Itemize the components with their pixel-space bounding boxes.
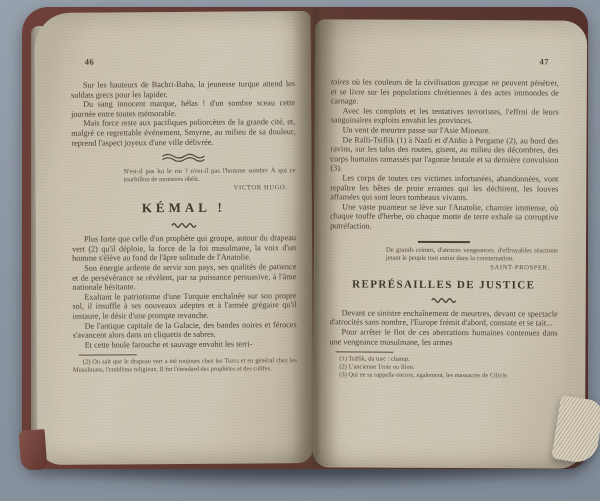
epigraph-attribution: SAINT-PROSPER. <box>386 264 550 273</box>
left-page-body-bottom: Plus forte que celle d'un prophète qui g… <box>72 233 297 350</box>
paragraph: Sur les hauteurs de Bachri-Baba, la jeun… <box>71 79 295 100</box>
paragraph: Une vaste puanteur se lève sur l'Anatoli… <box>330 202 558 232</box>
epigraph-text: N'est-il pas lui le roi ? n'est-il pas l… <box>124 167 296 183</box>
section-rule-ornament-icon <box>418 240 470 243</box>
footnotes: (1) Tsiflik, du turc : champ. (2) L'anci… <box>329 352 557 380</box>
right-page-text-column: 47 toires où les couleurs de la civilisa… <box>329 55 559 380</box>
paragraph: Pour arrêter le flot de ces aberrations … <box>329 327 557 347</box>
continuation-word: toires <box>331 77 349 86</box>
epigraph: N'est-il pas lui le roi ? n'est-il pas l… <box>124 167 296 193</box>
cover-corner <box>19 429 48 471</box>
right-page-body-bottom: Devant ce sinistre enchaînement de meurt… <box>329 308 557 348</box>
left-page-text-column: 46 Sur les hauteurs de Bachri-Baba, la j… <box>71 55 297 374</box>
right-page: 47 toires où les couleurs de la civilisa… <box>313 19 587 468</box>
paragraph: Exaltant le patriotisme d'une Turquie en… <box>72 291 296 321</box>
right-page-body-top: toires où les couleurs de la civilisatio… <box>330 77 559 232</box>
epigraph: De grands crimes, d'atroces vengeances, … <box>386 247 558 273</box>
left-page-body-top: Sur les hauteurs de Bachri-Baba, la jeun… <box>71 79 295 148</box>
footnotes: (2) On sait que le drapeau vert a été to… <box>73 353 297 374</box>
paragraph: Du sang innocent marque, hélas ! d'un so… <box>71 98 295 119</box>
paragraph: Devant ce sinistre enchaînement de meurt… <box>330 308 558 328</box>
epigraph-attribution: VICTOR HUGO. <box>124 184 288 193</box>
double-wave-ornament-icon <box>71 152 295 164</box>
epigraph-text: De grands crimes, d'atroces vengeances, … <box>386 247 558 263</box>
paragraph: Plus forte que celle d'un prophète qui g… <box>72 233 296 263</box>
paragraph: toires où les couleurs de la civilisatio… <box>331 77 559 107</box>
chapter-heading: KÉMAL ! <box>72 199 296 217</box>
paragraph: Et cette houle farouche et sauvage envah… <box>73 339 297 350</box>
paragraph: Mais force reste aux pacifiques poliorcè… <box>71 118 295 148</box>
paragraph: De l'antique capitale de la Galacie, des… <box>73 320 297 341</box>
squiggle-ornament-icon <box>330 296 558 304</box>
footnote-rule <box>335 352 393 353</box>
page-number: 47 <box>331 55 549 66</box>
paragraph: Son énergie ardente de servir son pays, … <box>72 262 296 292</box>
squiggle-ornament-icon <box>72 221 296 230</box>
footnote: (3) Qui ne se rappelle encore, également… <box>329 371 557 380</box>
paragraph: Les corps de toutes ces victimes infortu… <box>330 173 558 203</box>
paragraph-text: où les couleurs de la civilisation grecq… <box>331 77 559 105</box>
left-page: 46 Sur les hauteurs de Bachri-Baba, la j… <box>34 11 313 465</box>
paragraph: De Ralli-Tsiflik (1) à Nazli et d'Aïdin … <box>330 135 558 175</box>
paragraph: Avec les complots et les tentatives terr… <box>331 106 559 126</box>
page-stack-fore-edge <box>551 395 600 465</box>
paragraph: Un vent de meurtre passe sur l'Asie Mine… <box>331 125 559 136</box>
footnote-rule <box>79 355 137 356</box>
footnote: (2) On sait que le drapeau vert a été to… <box>73 357 297 374</box>
book-photo-scene: 46 Sur les hauteurs de Bachri-Baba, la j… <box>0 0 600 501</box>
page-number: 46 <box>85 55 295 66</box>
chapter-heading: REPRÉSAILLES DE JUSTICE <box>330 278 558 291</box>
